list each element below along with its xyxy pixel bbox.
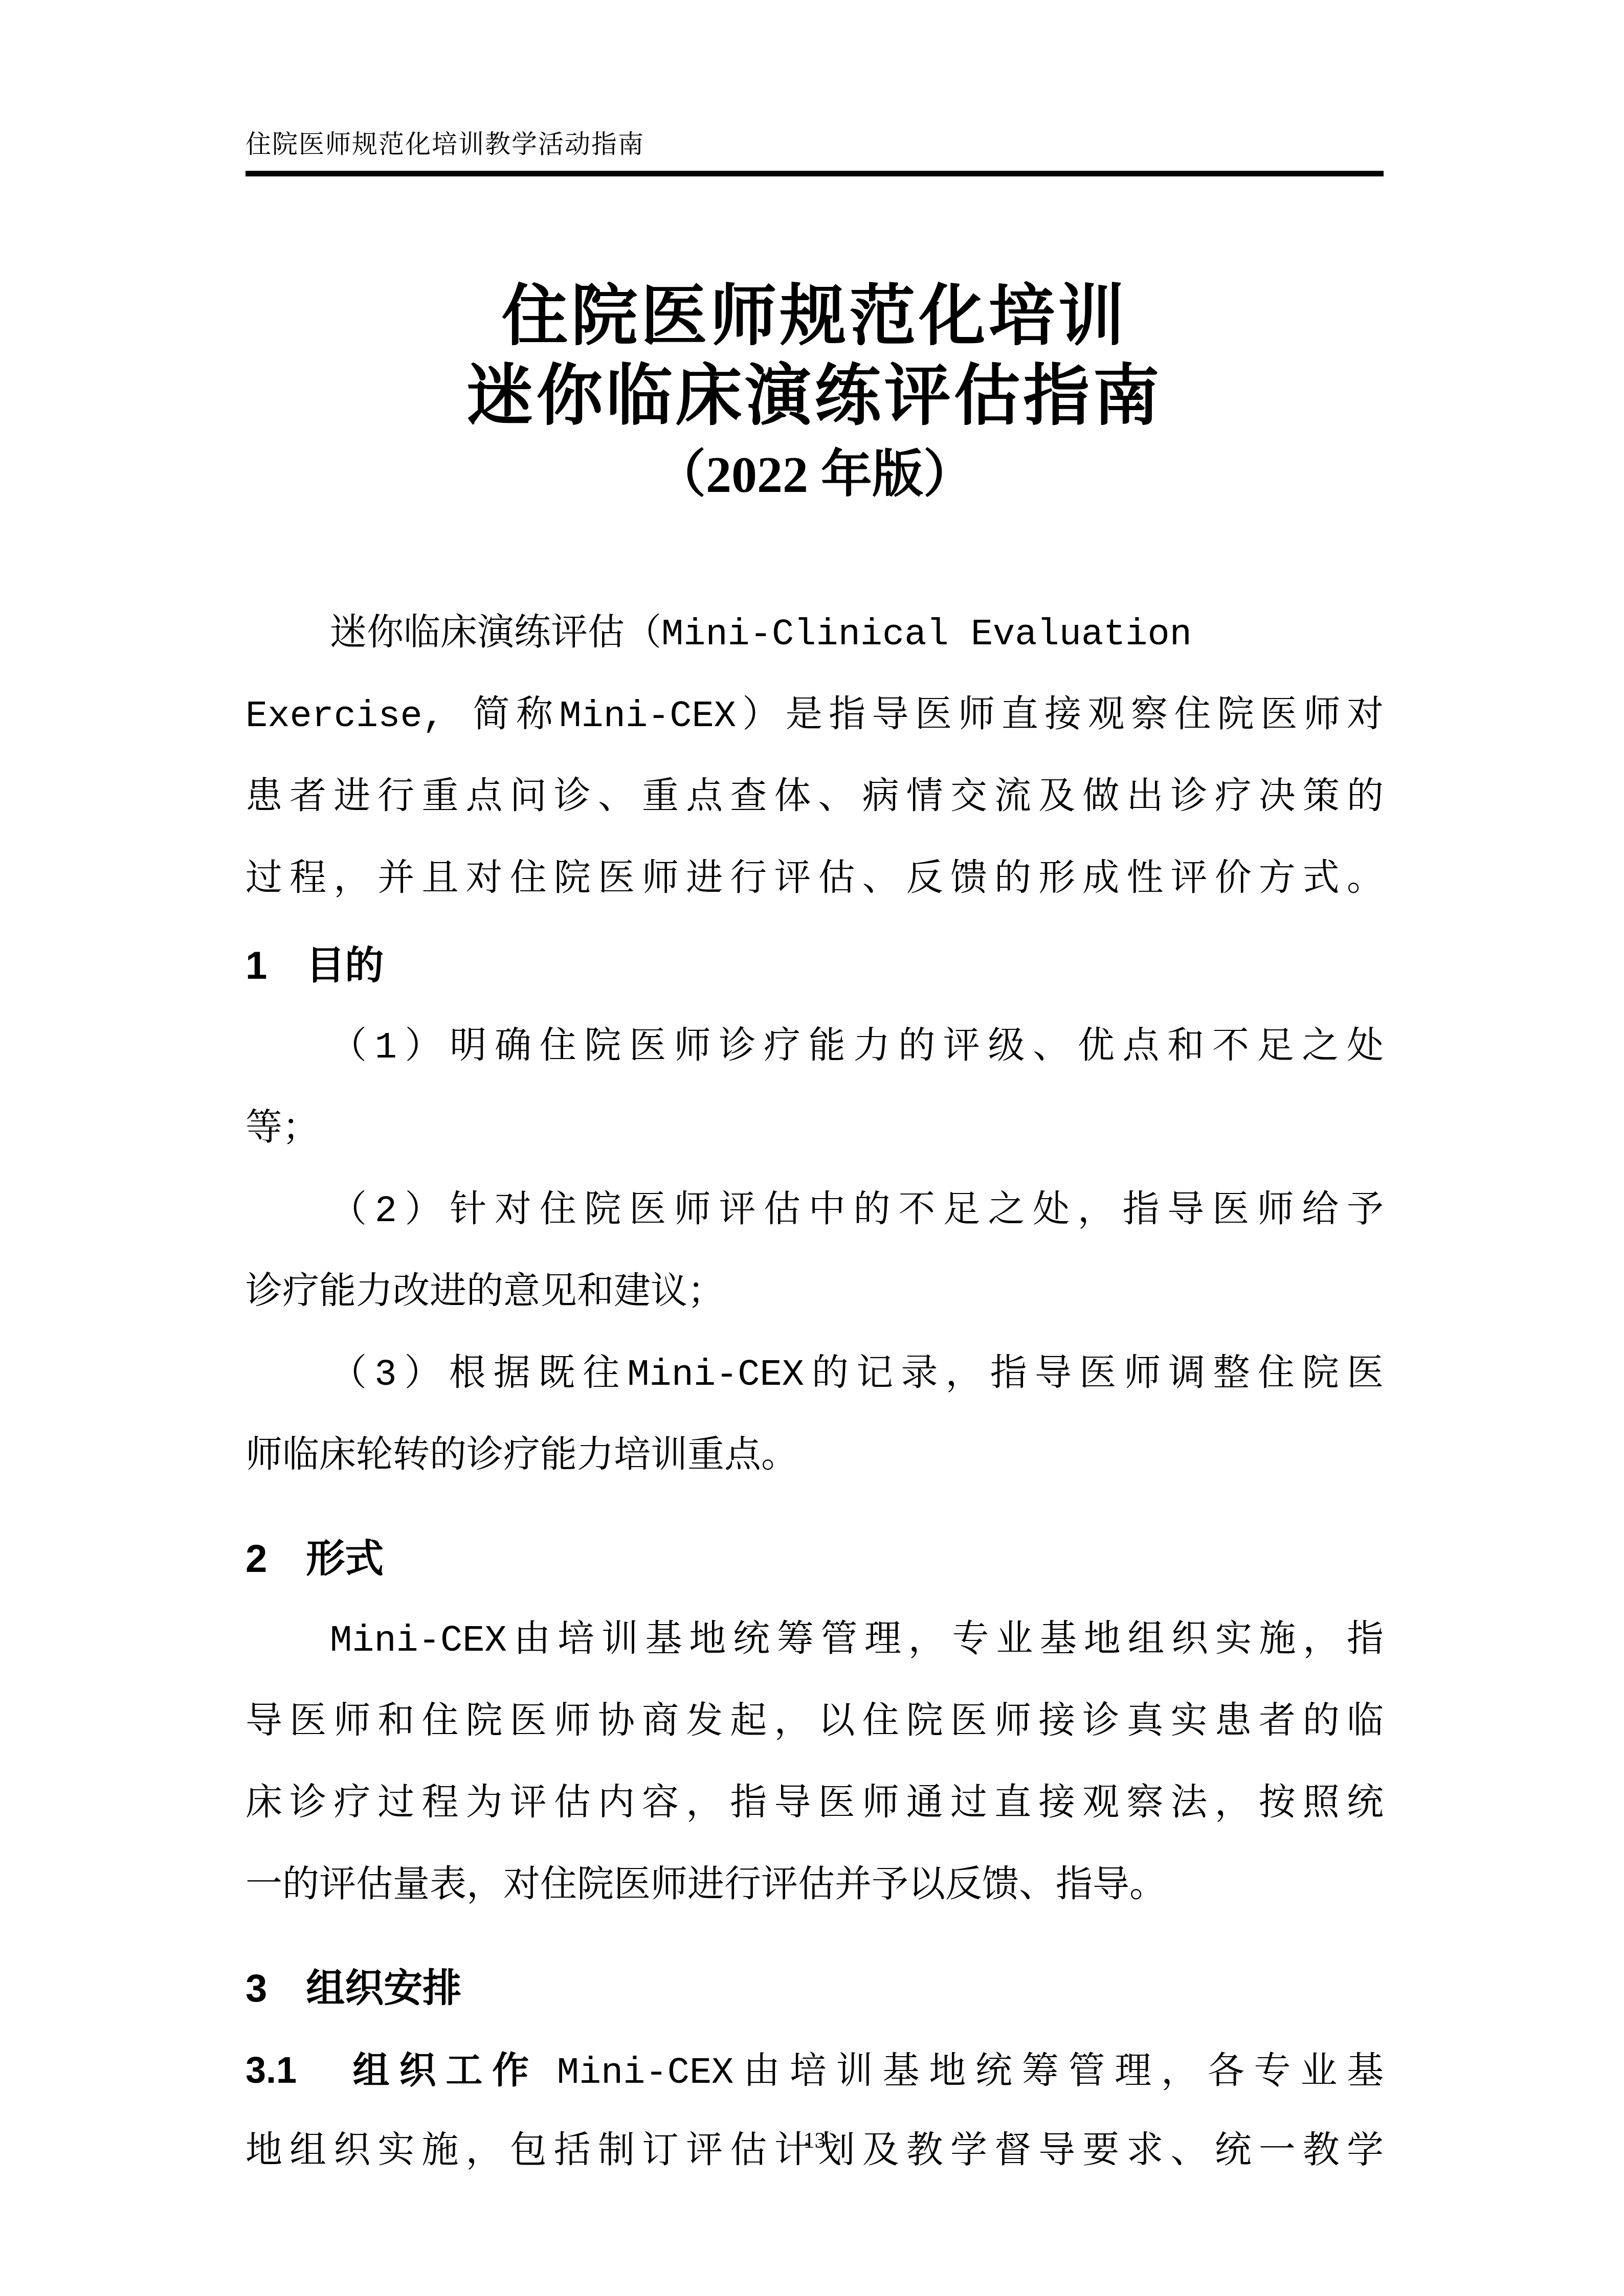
running-header: 住院医师规范化培训教学活动指南 [246, 0, 1384, 176]
paragraph-3-line-2: 诊疗能力改进的意见和建议； [246, 1252, 1384, 1334]
running-header-text: 住院医师规范化培训教学活动指南 [246, 129, 1384, 160]
paragraph-5-line-3: 床诊疗过程为评估内容，指导医师通过直接观察法，按照统 [246, 1764, 1384, 1845]
doc-title-line-2: 迷你临床演练评估指南 [246, 355, 1384, 435]
paragraph-5-line-4: 一的评估量表，对住院医师进行评估并予以反馈、指导。 [246, 1845, 1384, 1927]
title-block: 住院医师规范化培训 迷你临床演练评估指南 （2022 年版） [246, 276, 1384, 506]
section-heading-2: 2 形式 [246, 1518, 1384, 1600]
paragraph-3-line-1: （2）针对住院医师评估中的不足之处，指导医师给予 [246, 1170, 1384, 1252]
paragraph-1-line-2: Exercise, 简称Mini-CEX）是指导医师直接观察住院医师对 [246, 676, 1384, 757]
page-number: 13 [246, 2127, 1384, 2154]
document-body: 迷你临床演练评估（Mini-Clinical Evaluation Exerci… [246, 594, 1384, 2193]
paragraph-2-line-2: 等； [246, 1089, 1384, 1170]
doc-title-edition: （2022 年版） [246, 443, 1384, 506]
paragraph-4-line-1: （3）根据既往Mini-CEX的记录，指导医师调整住院医 [246, 1334, 1384, 1416]
paragraph-1-line-3: 患者进行重点问诊、重点查体、病情交流及做出诊疗决策的 [246, 757, 1384, 839]
paragraph-4-line-2: 师临床轮转的诊疗能力培训重点。 [246, 1416, 1384, 1498]
paragraph-5-line-2: 导医师和住院医师协商发起，以住院医师接诊真实患者的临 [246, 1682, 1384, 1764]
section-heading-1: 1 目的 [246, 925, 1384, 1007]
paragraph-6-line-1-text: Mini-CEX由培训基地统筹管理，各专业基 [557, 2052, 1384, 2094]
header-divider-rule [246, 171, 1384, 176]
subsection-heading-3-1: 3.1 组织工作 [246, 2050, 539, 2091]
paragraph-5-line-1: Mini-CEX由培训基地统筹管理，专业基地组织实施，指 [246, 1600, 1384, 1682]
paragraph-1-line-4: 过程，并且对住院医师进行评估、反馈的形成性评价方式。 [246, 839, 1384, 921]
doc-title-line-1: 住院医师规范化培训 [246, 276, 1384, 355]
document-page: 住院医师规范化培训教学活动指南 住院医师规范化培训 迷你临床演练评估指南 （20… [0, 0, 1624, 2296]
section-heading-3: 3 组织安排 [246, 1948, 1384, 2030]
paragraph-1-line-1: 迷你临床演练评估（Mini-Clinical Evaluation [246, 594, 1384, 676]
paragraph-2-line-1: （1）明确住院医师诊疗能力的评级、优点和不足之处 [246, 1007, 1384, 1089]
paragraph-6-line-1: 3.1 组织工作Mini-CEX由培训基地统筹管理，各专业基 [246, 2030, 1384, 2111]
